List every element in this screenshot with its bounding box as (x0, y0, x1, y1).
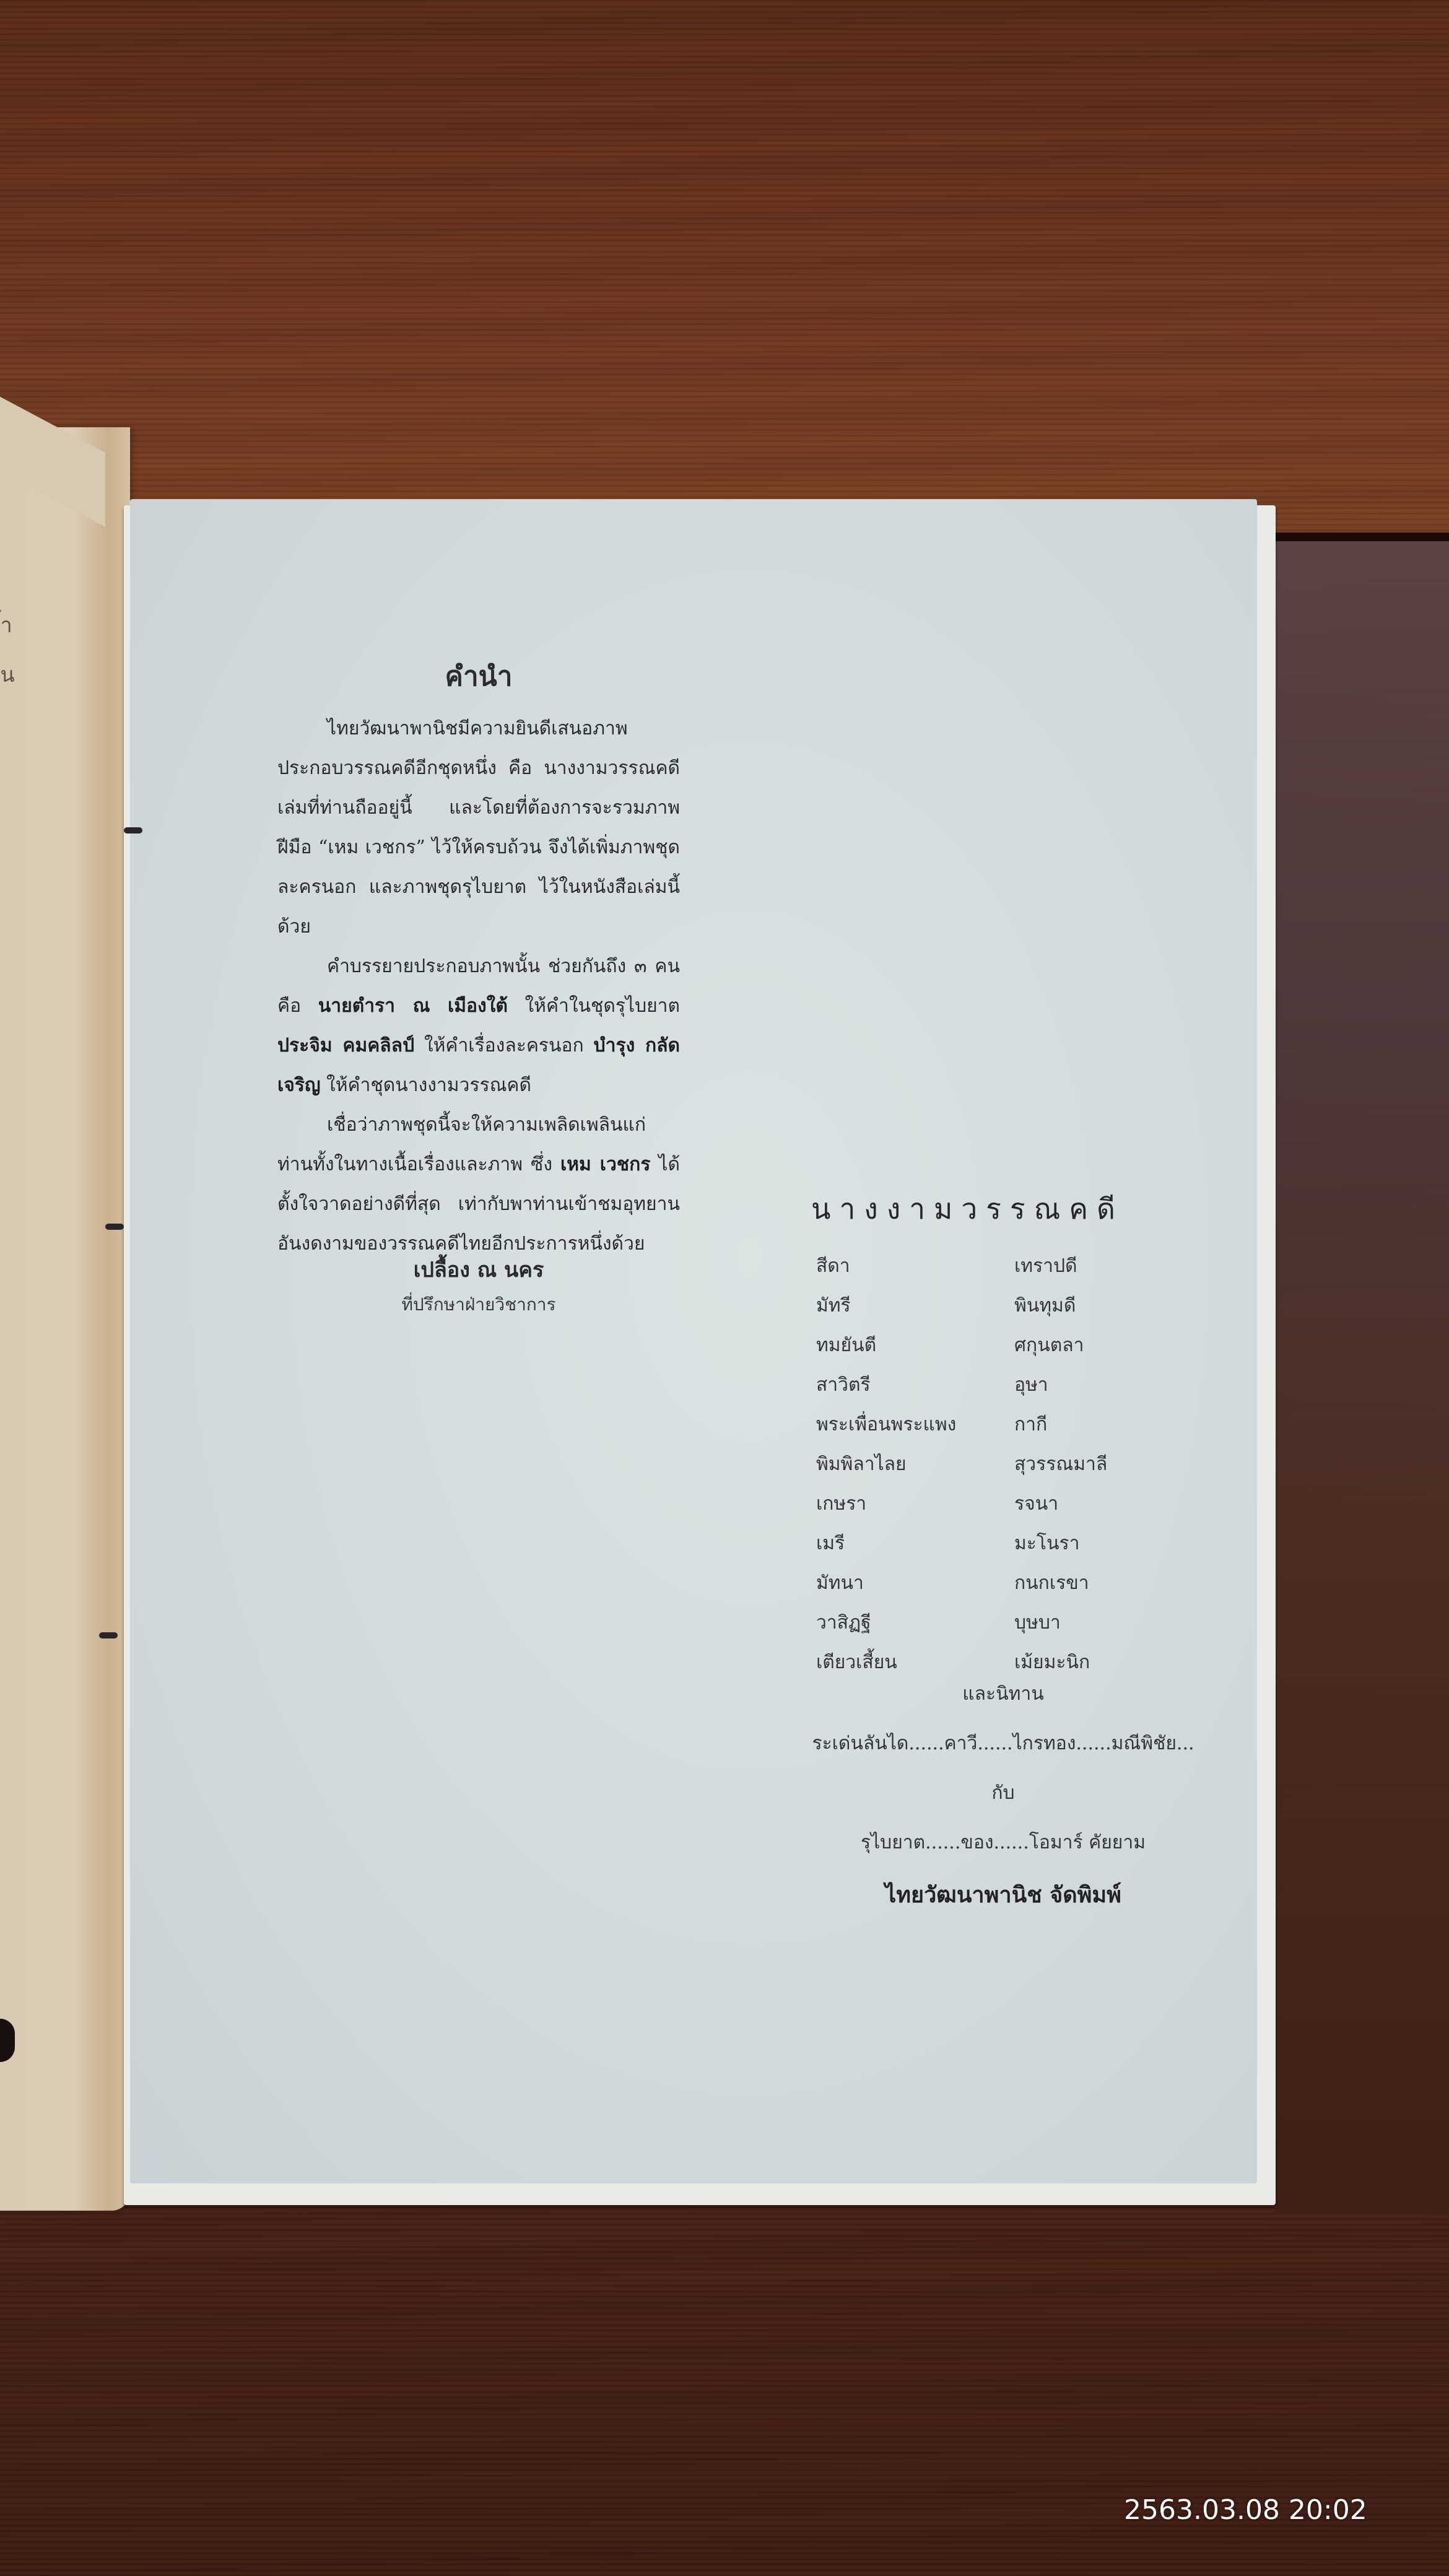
list-item: ศกุนตลา (1014, 1326, 1212, 1365)
table-surface (1276, 541, 1449, 2213)
foreword-paragraph-1: ไทยวัฒนาพานิชมีความยินดีเสนอภาพประกอบวรร… (277, 709, 680, 947)
contents-closing: และนิทาน ระเด่นลันได......คาวี......ไกรท… (749, 1669, 1257, 1920)
tales-list: ระเด่นลันได......คาวี......ไกรทอง......ม… (749, 1719, 1257, 1769)
list-item: อุษา (1014, 1365, 1212, 1405)
list-item: ทมยันตี (816, 1326, 1014, 1365)
previous-page-edge: ก้ำ อน (0, 427, 130, 2211)
foreword-paragraph-3: เชื่อว่าภาพชุดนี้จะให้ความเพลิดเพลินแก่ท… (277, 1105, 680, 1264)
and-tales-label: และนิทาน (749, 1669, 1257, 1719)
list-item: สีดา (816, 1247, 1014, 1286)
rubaiyat-line: รุไบยาต......ของ......โอมาร์ คัยยาม (749, 1818, 1257, 1868)
foreword-title: คำนำ (277, 657, 680, 697)
foreword-paragraph-2: คำบรรยายประกอบภาพนั้น ช่วยกันถึง ๓ คน คื… (277, 947, 680, 1105)
with-label: กับ (749, 1769, 1257, 1818)
list-item: บุษบา (1014, 1603, 1212, 1643)
list-item: วาสิฏฐี (816, 1603, 1014, 1643)
table-edge (1276, 533, 1449, 541)
list-item: รจนา (1014, 1484, 1212, 1524)
binding-staple-mark (124, 827, 142, 833)
contents-section: นางงามวรรณคดี สีดา เทราปดี มัทรี พินทุมด… (811, 1186, 1245, 1682)
list-item: พิมพิลาไลย (816, 1445, 1014, 1484)
contents-heading: นางงามวรรณคดี (811, 1186, 1245, 1232)
heroine-names-list: สีดา เทราปดี มัทรี พินทุมดี ทมยันตี ศกุน… (816, 1247, 1245, 1682)
binding-staple-mark (99, 1632, 118, 1638)
paragraph-text: ให้คำชุดนางงามวรรณคดี (321, 1074, 531, 1096)
signatory-role: ที่ปรึกษาฝ่ายวิชาการ (277, 1289, 680, 1321)
list-item: กากี (1014, 1405, 1212, 1445)
list-item: เกษรา (816, 1484, 1014, 1524)
list-item: สุวรรณมาลี (1014, 1445, 1212, 1484)
publisher-line: ไทยวัฒนาพานิช จัดพิมพ์ (749, 1870, 1257, 1920)
paragraph-text: ไทยวัฒนาพานิชมีความยินดีเสนอภาพประกอบวรร… (277, 718, 680, 938)
foreword-signature: เปลื้อง ณ นคร ที่ปรึกษาฝ่ายวิชาการ (277, 1251, 680, 1321)
photo-timestamp: 2563.03.08 20:02 (1124, 2494, 1367, 2526)
list-item: เทราปดี (1014, 1247, 1212, 1286)
artist-name-bold: เหม เวชกร (560, 1154, 650, 1175)
list-item: สาวิตรี (816, 1365, 1014, 1405)
list-item: มัทนา (816, 1564, 1014, 1603)
list-item: กนกเรขา (1014, 1564, 1212, 1603)
paragraph-text: ให้คำเรื่องละครนอก (414, 1035, 593, 1056)
author-name-bold: ประจิม คมคลิลป์ (277, 1035, 414, 1056)
foreword-section: คำนำ ไทยวัฒนาพานิชมีความยินดีเสนอภาพประก… (277, 657, 680, 1264)
list-item: เมรี (816, 1524, 1014, 1564)
previous-page-text-fragments: ก้ำ อน (0, 601, 15, 700)
fragment-1: ก้ำ (0, 601, 15, 650)
list-item: มัทรี (816, 1286, 1014, 1326)
fragment-2: อน (0, 650, 15, 700)
list-item: พินทุมดี (1014, 1286, 1212, 1326)
paragraph-text: ให้คำในชุดรุไบยาต (508, 995, 680, 1017)
book-page: คำนำ ไทยวัฒนาพานิชมีความยินดีเสนอภาพประก… (130, 499, 1257, 2183)
list-item: พระเพื่อนพระแพง (816, 1405, 1014, 1445)
author-name-bold: นายตำรา ณ เมืองใต้ (318, 995, 508, 1017)
binding-staple-mark (105, 1224, 124, 1230)
list-item: มะโนรา (1014, 1524, 1212, 1564)
signatory-name: เปลื้อง ณ นคร (277, 1251, 680, 1289)
